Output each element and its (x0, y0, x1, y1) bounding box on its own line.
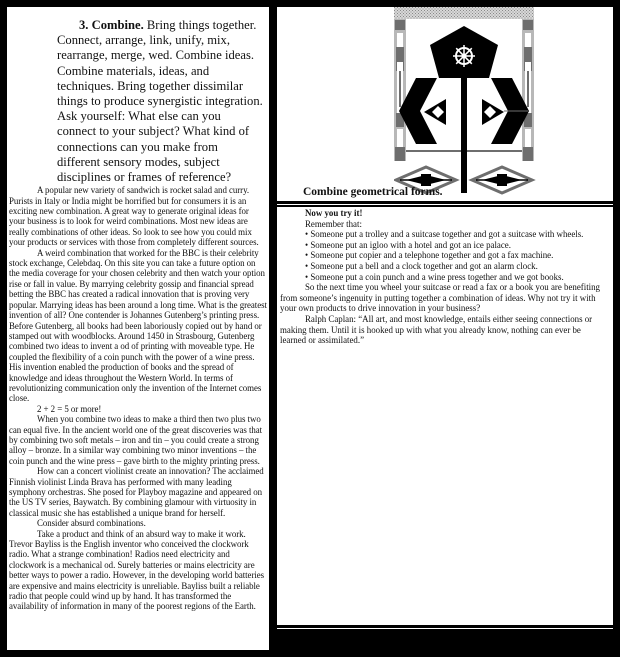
bullet-item: • Someone put an igloo with a hotel and … (280, 240, 609, 251)
bullet-icon: • (305, 250, 308, 260)
dotted-band (394, 7, 534, 19)
left-column-decoration (394, 19, 406, 161)
paragraph: A popular new variety of sandwich is roc… (9, 185, 267, 247)
right-bottom-diamond (472, 167, 532, 193)
exercise-panel: Now you try it! Remember that: • Someone… (277, 207, 613, 625)
bullet-item: • Someone put a coin punch and a wine pr… (280, 272, 609, 283)
paragraph: When you combine two ideas to make a thi… (9, 414, 267, 466)
dharma-wheel-icon (453, 45, 475, 67)
paragraph: A weird combination that worked for the … (9, 248, 267, 404)
bullet-item: • Someone put a trolley and a suitcase t… (280, 229, 609, 240)
subheading: Consider absurd combinations. (9, 518, 267, 528)
right-column-decoration (522, 19, 534, 161)
section-intro-text: Bring things together. Connect, arrange,… (57, 18, 263, 184)
bullet-icon: • (305, 261, 308, 271)
section-intro: 3. Combine. Bring things together. Conne… (57, 18, 263, 185)
exercise-title: Now you try it! (305, 208, 362, 218)
subheading: 2 + 2 = 5 or more! (9, 404, 267, 414)
paragraph: So the next time you wheel your suitcase… (280, 282, 609, 314)
figure-caption: Combine geometrical forms. (303, 186, 443, 198)
bullet-icon: • (305, 272, 308, 282)
bullet-item: • Someone put a bell and a clock togethe… (280, 261, 609, 272)
exercise-subtitle: Remember that: (280, 219, 609, 230)
center-stem (461, 78, 467, 193)
bottom-rule (277, 628, 613, 629)
bullet-item: • Someone put copier and a telephone tog… (280, 250, 609, 261)
paragraph: Take a product and think of an absurd wa… (9, 529, 267, 612)
exercise-text: Now you try it! Remember that: • Someone… (280, 208, 609, 346)
quote-paragraph: Ralph Caplan: “All art, and most knowled… (280, 314, 609, 346)
article-body: A popular new variety of sandwich is roc… (9, 185, 267, 612)
section-heading: 3. Combine. (79, 18, 144, 32)
graphic-panel: Combine geometrical forms. (277, 7, 613, 201)
bullet-icon: • (305, 229, 308, 239)
geometric-figure-graphic (394, 7, 536, 197)
left-text-panel: 3. Combine. Bring things together. Conne… (7, 7, 269, 650)
divider-rule (277, 204, 613, 205)
bullet-icon: • (305, 240, 308, 250)
paragraph: How can a concert violinist create an in… (9, 466, 267, 518)
